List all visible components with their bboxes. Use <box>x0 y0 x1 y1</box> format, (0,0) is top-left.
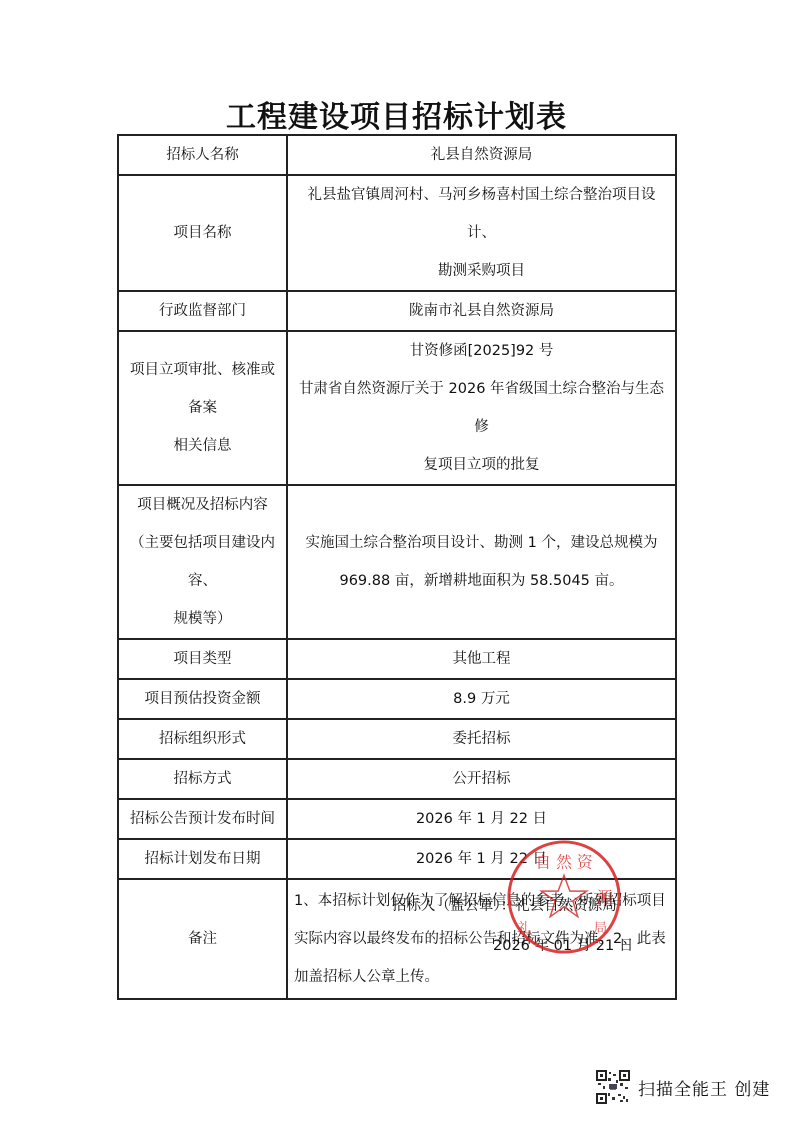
row-label: 项目概况及招标内容 （主要包括项目建设内容、 规模等） <box>118 485 287 639</box>
table-row: 招标组织形式 委托招标 <box>118 719 676 759</box>
row-value: 礼县盐官镇周河村、马河乡杨喜村国土综合整治项目设计、 勘测采购项目 <box>287 175 676 291</box>
label-line: 项目立项审批、核准或备案 <box>125 351 280 427</box>
table-row: 项目类型 其他工程 <box>118 639 676 679</box>
table-row: 项目概况及招标内容 （主要包括项目建设内容、 规模等） 实施国土综合整治项目设计… <box>118 485 676 639</box>
scanner-watermark: 扫描全能王 创建 <box>596 1070 770 1104</box>
table-row: 招标方式 公开招标 <box>118 759 676 799</box>
bidding-plan-table: 招标人名称 礼县自然资源局 项目名称 礼县盐官镇周河村、马河乡杨喜村国土综合整治… <box>117 134 677 1000</box>
value-line: 加盖招标人公章上传。 <box>294 958 669 996</box>
table-row: 项目预估投资金额 8.9 万元 <box>118 679 676 719</box>
table-row: 项目立项审批、核准或备案 相关信息 甘资修函[2025]92 号 甘肃省自然资源… <box>118 331 676 485</box>
value-line: 实施国土综合整治项目设计、勘测 1 个，建设总规模为 <box>294 524 669 562</box>
row-label: 招标组织形式 <box>118 719 287 759</box>
value-line: 礼县盐官镇周河村、马河乡杨喜村国土综合整治项目设计、 <box>294 176 669 252</box>
row-value: 2026 年 1 月 22 日 <box>287 799 676 839</box>
row-value: 2026 年 1 月 22 日 <box>287 839 676 879</box>
label-line: 相关信息 <box>125 427 280 465</box>
label-line: 规模等） <box>125 600 280 638</box>
page-title: 工程建设项目招标计划表 <box>0 92 793 136</box>
table-row: 项目名称 礼县盐官镇周河村、马河乡杨喜村国土综合整治项目设计、 勘测采购项目 <box>118 175 676 291</box>
value-line: 勘测采购项目 <box>294 252 669 290</box>
value-line: 甘肃省自然资源厅关于 2026 年省级国土综合整治与生态修 <box>294 370 669 446</box>
table-row: 招标计划发布日期 2026 年 1 月 22 日 <box>118 839 676 879</box>
row-label: 项目立项审批、核准或备案 相关信息 <box>118 331 287 485</box>
row-label: 招标计划发布日期 <box>118 839 287 879</box>
table-row: 招标公告预计发布时间 2026 年 1 月 22 日 <box>118 799 676 839</box>
value-line: 复项目立项的批复 <box>294 446 669 484</box>
label-line: （主要包括项目建设内容、 <box>125 524 280 600</box>
value-line: 969.88 亩，新增耕地面积为 58.5045 亩。 <box>294 562 669 600</box>
row-label: 备注 <box>118 879 287 999</box>
table-row: 行政监督部门 陇南市礼县自然资源局 <box>118 291 676 331</box>
row-label: 项目名称 <box>118 175 287 291</box>
signer-line: 招标人（盖公章）：礼县自然资源局 <box>392 894 617 915</box>
row-label: 项目预估投资金额 <box>118 679 287 719</box>
row-value: 其他工程 <box>287 639 676 679</box>
row-value: 8.9 万元 <box>287 679 676 719</box>
row-label: 招标人名称 <box>118 135 287 175</box>
row-value: 实施国土综合整治项目设计、勘测 1 个，建设总规模为 969.88 亩，新增耕地… <box>287 485 676 639</box>
qr-code-icon <box>596 1070 630 1104</box>
value-line: 甘资修函[2025]92 号 <box>294 332 669 370</box>
row-label: 招标方式 <box>118 759 287 799</box>
table-row: 招标人名称 礼县自然资源局 <box>118 135 676 175</box>
row-label: 行政监督部门 <box>118 291 287 331</box>
row-value: 礼县自然资源局 <box>287 135 676 175</box>
row-value: 陇南市礼县自然资源局 <box>287 291 676 331</box>
row-label: 项目类型 <box>118 639 287 679</box>
watermark-text: 扫描全能王 创建 <box>638 1075 770 1100</box>
signature-date: 2026 年 01 月 21 日 <box>493 934 633 955</box>
row-label: 招标公告预计发布时间 <box>118 799 287 839</box>
row-value: 公开招标 <box>287 759 676 799</box>
label-line: 项目概况及招标内容 <box>125 486 280 524</box>
row-value: 委托招标 <box>287 719 676 759</box>
row-value: 甘资修函[2025]92 号 甘肃省自然资源厅关于 2026 年省级国土综合整治… <box>287 331 676 485</box>
